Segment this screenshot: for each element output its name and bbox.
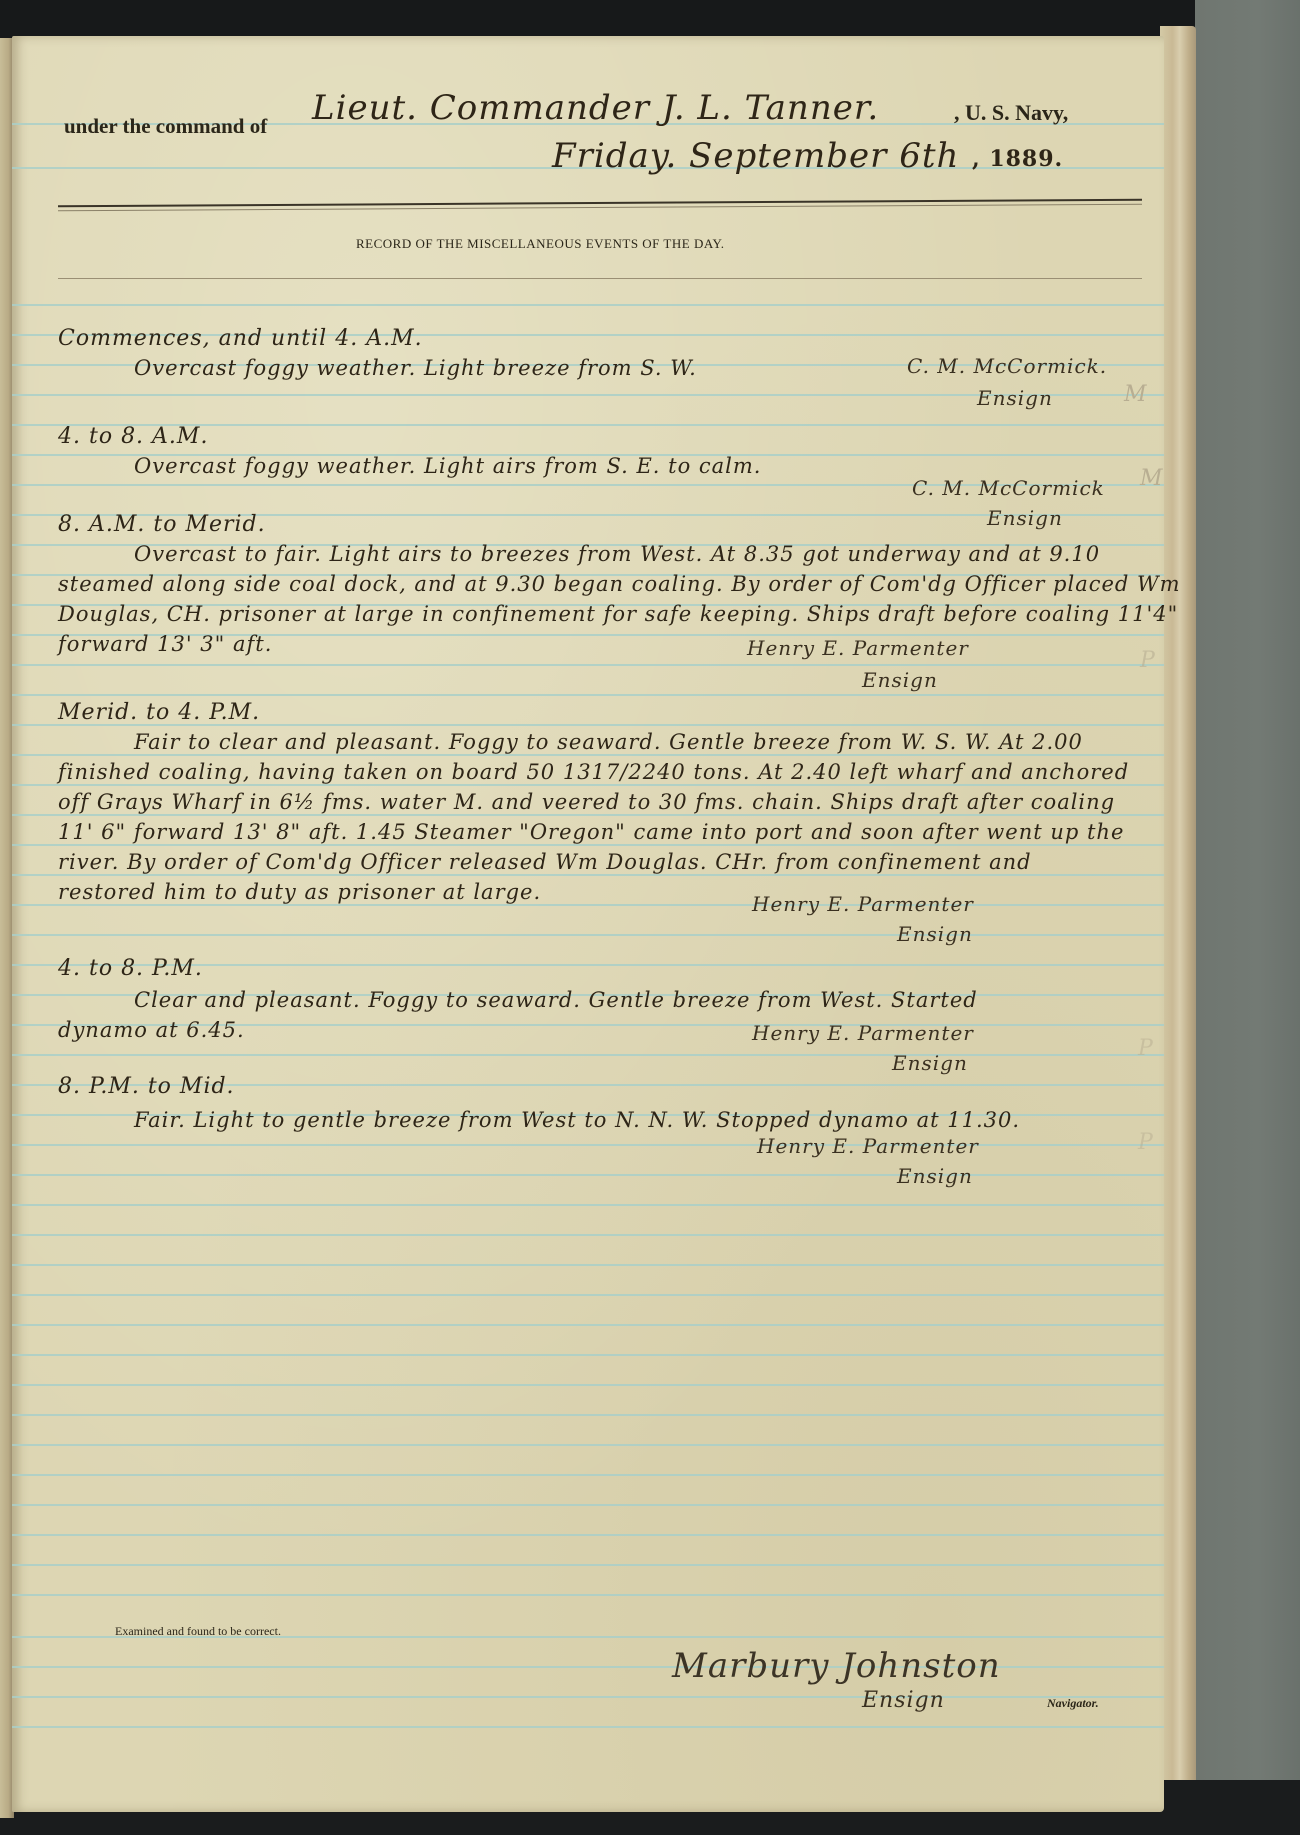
section-rule (58, 278, 1142, 279)
ruled-line (12, 1474, 1164, 1476)
ruled-line (12, 1414, 1164, 1416)
ruled-line (12, 1696, 1164, 1698)
officer-signature: Henry E. Parmenter (757, 1134, 979, 1158)
watch-heading: 8. P.M. to Mid. (58, 1074, 235, 1099)
ruled-line (12, 934, 1164, 936)
officer-rank: Ensign (897, 1164, 973, 1188)
entry-line: Overcast foggy weather. Light airs from … (134, 454, 761, 478)
entry-line: Douglas, CH. prisoner at large in confin… (58, 602, 1178, 626)
ruled-line (12, 1234, 1164, 1236)
logbook-page: under the command of Lieut. Commander J.… (12, 36, 1164, 1812)
officer-rank: Ensign (892, 1051, 968, 1075)
entry-line: finished coaling, having taken on board … (58, 760, 1129, 784)
entry-line: Clear and pleasant. Foggy to seaward. Ge… (134, 988, 978, 1012)
section-title: RECORD OF THE MISCELLANEOUS EVENTS OF TH… (356, 236, 725, 252)
officer-signature: C. M. McCormick. (907, 354, 1107, 378)
ruled-line (12, 1594, 1164, 1596)
ruled-line (12, 1384, 1164, 1386)
entry-line: off Grays Wharf in 6½ fms. water M. and … (58, 790, 1115, 814)
entry-line: Overcast foggy weather. Light breeze fro… (134, 356, 697, 380)
entry-line: Overcast to fair. Light airs to breezes … (134, 542, 1100, 566)
entry-line: forward 13' 3" aft. (58, 632, 272, 656)
margin-mark: M (1124, 382, 1147, 407)
ruled-line (12, 694, 1164, 696)
ruled-line (12, 1264, 1164, 1266)
ruled-line (12, 1294, 1164, 1296)
entry-line: river. By order of Com'dg Officer releas… (58, 850, 1032, 874)
ruled-line (12, 1726, 1164, 1728)
ruled-line (12, 1204, 1164, 1206)
watch-heading: 8. A.M. to Merid. (58, 512, 266, 537)
ruled-line (12, 664, 1164, 666)
commander-name: Lieut. Commander J. L. Tanner. (312, 88, 879, 128)
ruled-line (12, 1324, 1164, 1326)
officer-rank: Ensign (862, 668, 938, 692)
officer-signature: Henry E. Parmenter (747, 636, 969, 660)
ruled-line (12, 1174, 1164, 1176)
officer-rank: Ensign (977, 386, 1053, 410)
entry-line: 11' 6" forward 13' 8" aft. 1.45 Steamer … (58, 820, 1124, 844)
margin-mark: P (1138, 1130, 1153, 1155)
navigator-label: Navigator. (1047, 1696, 1099, 1711)
ruled-line (12, 1444, 1164, 1446)
margin-mark: M (1140, 466, 1163, 491)
ruled-line (12, 844, 1164, 846)
command-label: under the command of (64, 114, 267, 139)
officer-rank: Ensign (897, 922, 973, 946)
ruled-line (12, 1534, 1164, 1536)
entry-line: Fair to clear and pleasant. Foggy to sea… (134, 730, 1083, 754)
ruled-line (12, 814, 1164, 816)
entry-line: restored him to duty as prisoner at larg… (58, 880, 541, 904)
officer-signature: Henry E. Parmenter (752, 892, 974, 916)
ruled-line (12, 1054, 1164, 1056)
ruled-line (12, 1504, 1164, 1506)
log-date: Friday. September 6th (552, 136, 959, 176)
table-surface (1195, 0, 1300, 1785)
ruled-line (12, 874, 1164, 876)
watch-heading: Commences, and until 4. A.M. (58, 326, 423, 351)
ruled-line (12, 1354, 1164, 1356)
page-edges (1160, 26, 1196, 1816)
ruled-line (12, 1144, 1164, 1146)
watch-heading: 4. to 8. A.M. (58, 424, 208, 449)
margin-mark: P (1138, 1036, 1153, 1061)
top-shadow (0, 0, 1300, 38)
ruled-line (12, 784, 1164, 786)
entry-line: Fair. Light to gentle breeze from West t… (134, 1108, 1020, 1132)
watch-heading: Merid. to 4. P.M. (58, 700, 260, 725)
watch-heading: 4. to 8. P.M. (58, 956, 203, 981)
navigator-rank: Ensign (862, 1688, 945, 1713)
examined-label: Examined and found to be correct. (115, 1624, 281, 1639)
navigator-signature: Marbury Johnston (672, 1646, 1001, 1686)
entry-line: dynamo at 6.45. (58, 1018, 245, 1042)
log-year: , 1889. (972, 146, 1063, 172)
ruled-line (12, 1564, 1164, 1566)
officer-signature: Henry E. Parmenter (752, 1021, 974, 1045)
navy-label: , U. S. Navy, (954, 100, 1068, 126)
ruled-line (12, 754, 1164, 756)
ruled-line (12, 904, 1164, 906)
entry-line: steamed along side coal dock, and at 9.3… (58, 572, 1181, 596)
margin-mark: P (1140, 648, 1155, 673)
officer-rank: Ensign (987, 506, 1063, 530)
officer-signature: C. M. McCormick (912, 476, 1105, 500)
ruled-line (12, 304, 1164, 306)
